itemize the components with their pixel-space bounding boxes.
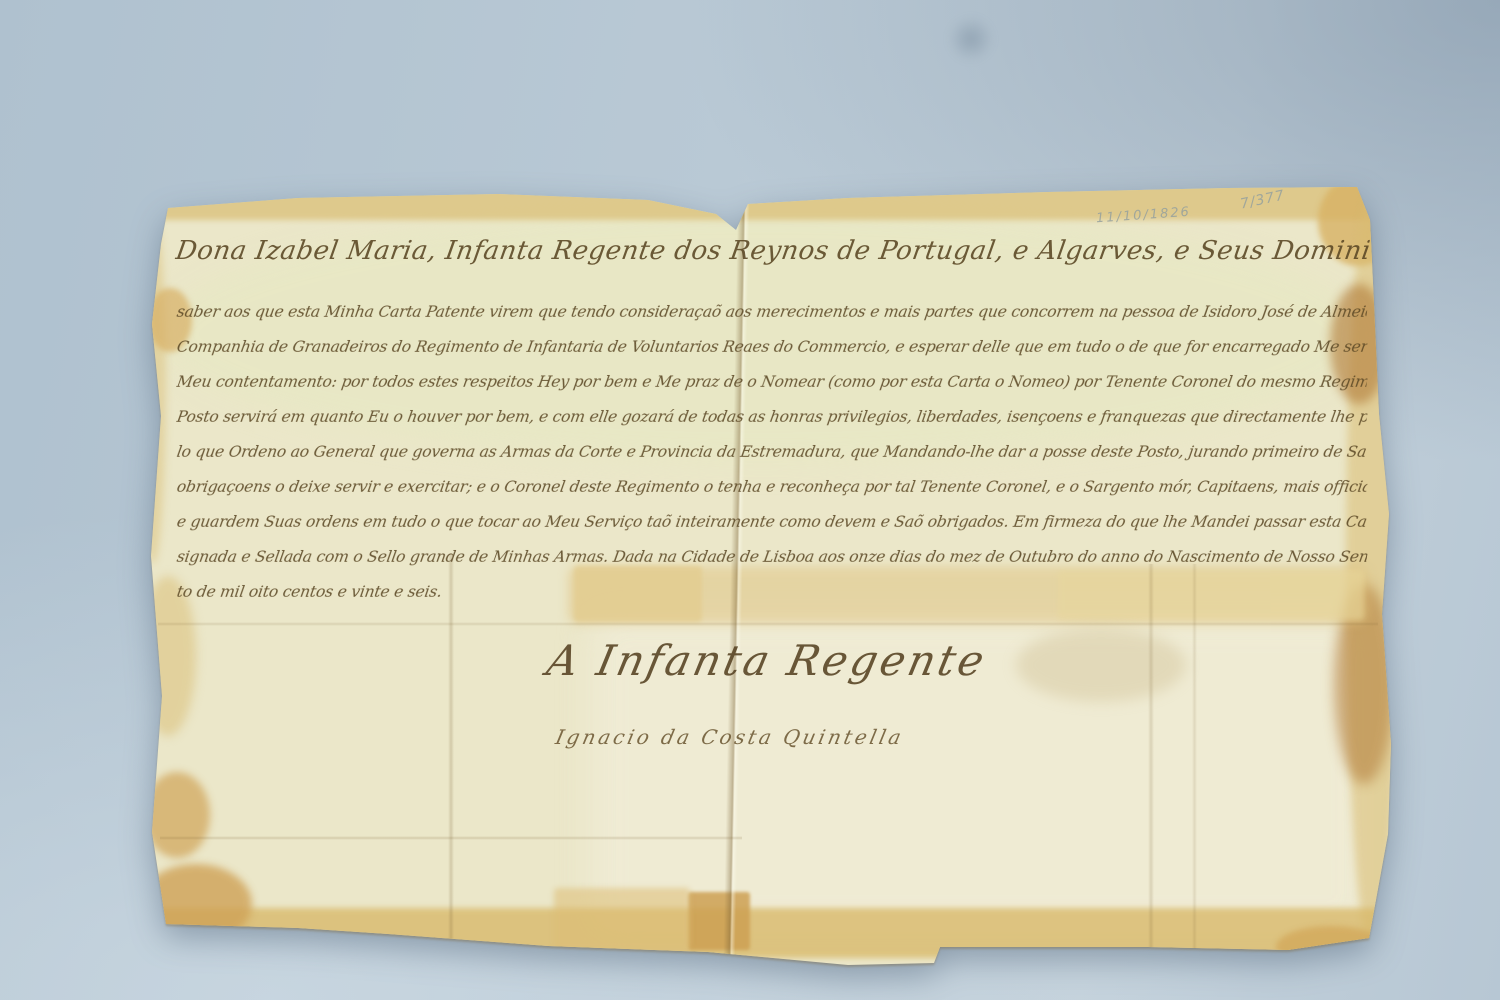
manuscript-body-line: Meu contentamento: por todos estes respe… [174,373,1369,403]
signature-infanta-regente: A Infanta Regente [543,636,1113,685]
tape-repair-bottom [688,892,750,950]
fold-line-horizontal-lower [160,836,742,840]
manuscript-body-line: Posto servirá em quanto Eu o houver por … [174,408,1369,438]
manuscript-body-line: Companhia de Granadeiros do Regimento de… [174,338,1369,368]
stain-left-blob-upper [144,772,210,858]
manuscript-paper: 11/10/1826 7/377 Dona Izabel Maria, Infa… [148,184,1396,972]
manuscript-heading-line: Dona Izabel Maria, Infanta Regente dos R… [170,236,1371,292]
paper-shadow-wrap: 11/10/1826 7/377 Dona Izabel Maria, Infa… [0,0,1500,1000]
manuscript-body-line: saber aos que esta Minha Carta Patente v… [174,303,1369,333]
stain-bottom-right-corner [1276,926,1386,968]
manuscript-body-line: lo que Ordeno ao General que governa as … [174,443,1369,473]
manuscript-body-line: obrigaçoens o deixe servir e exercitar; … [174,478,1369,508]
manuscript-body-line: to de mil oito centos e vinte e seis. [174,583,1369,613]
fold-line-vertical-left [448,554,454,954]
manuscript-body-line: e guardem Suas ordens em tudo o que toca… [174,513,1369,543]
stain-left-edge-upper [140,204,166,564]
tape-repair-bottom-left [554,888,690,950]
countersignature: Ignacio da Costa Quintella [553,725,1038,749]
fold-line-horizontal-middle [158,622,1378,626]
stain-top-edge [138,180,1408,220]
photo-backdrop: 11/10/1826 7/377 Dona Izabel Maria, Infa… [0,0,1500,1000]
stain-bottom-edge [140,908,1410,958]
stain-left-blob-lower [140,864,252,944]
manuscript-body-line: signada e Sellada com o Sello grande de … [174,548,1369,578]
